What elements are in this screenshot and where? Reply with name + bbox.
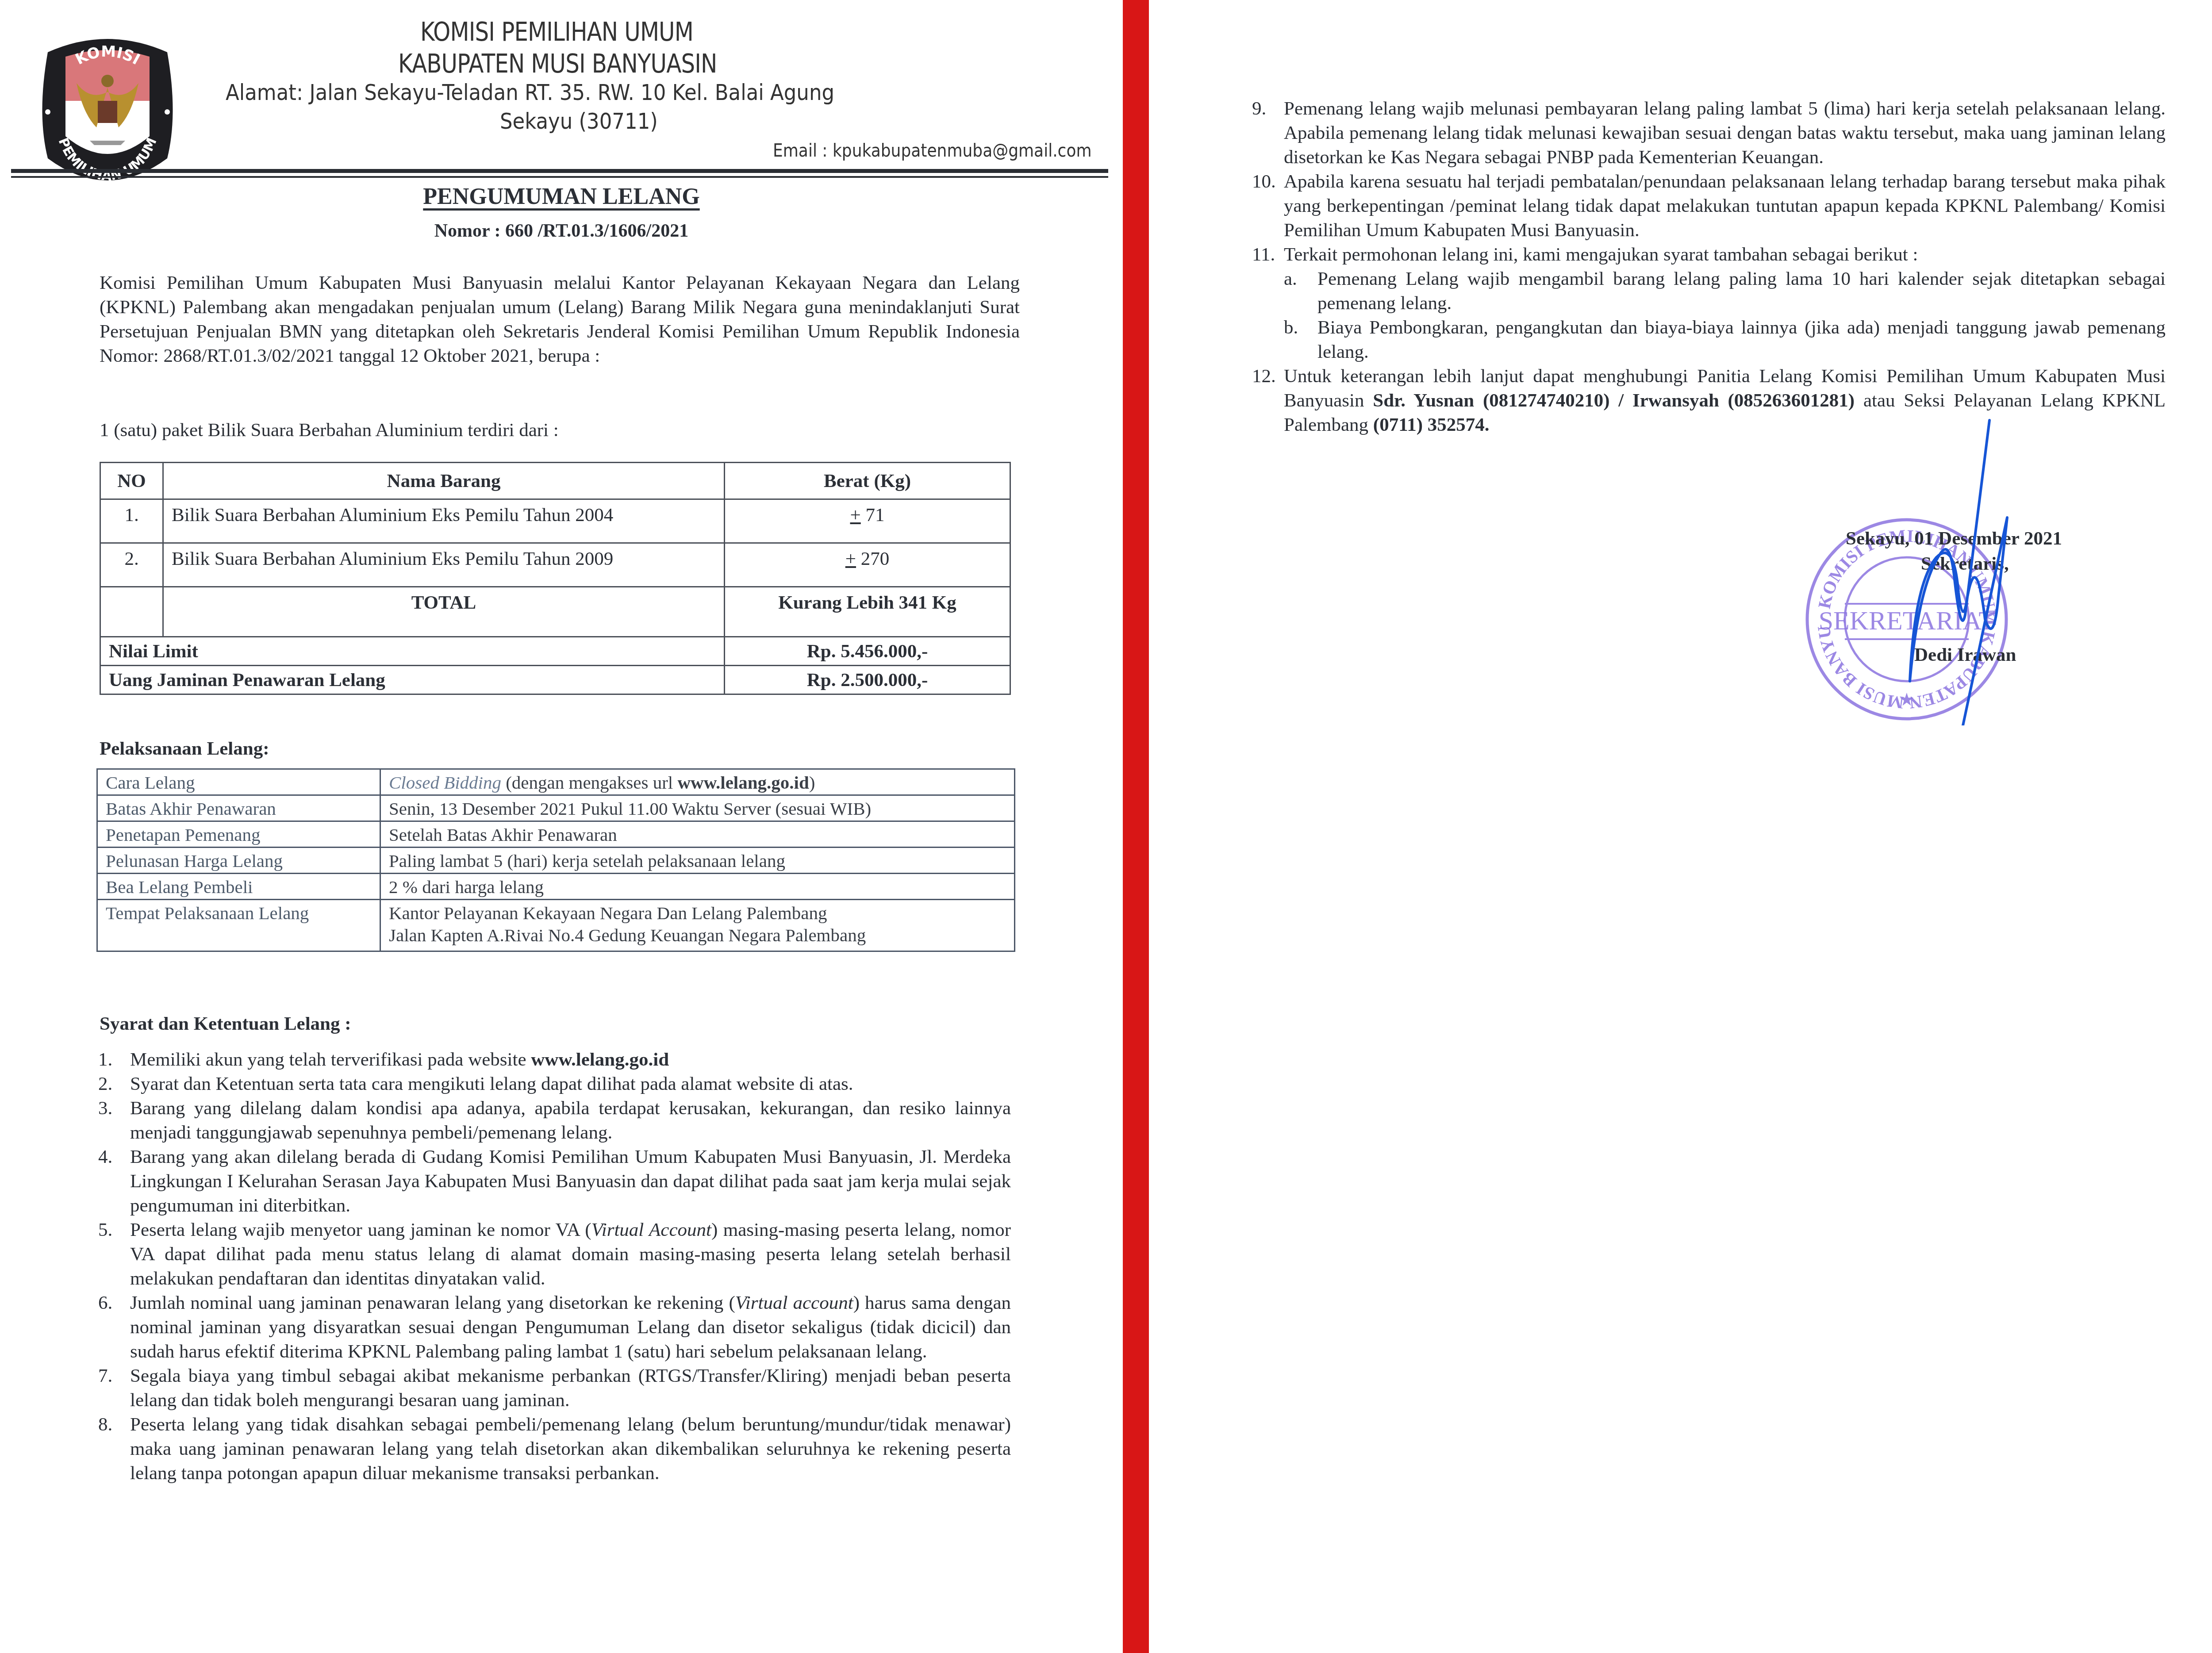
deposit-row: Uang Jaminan Penawaran Lelang Rp. 2.500.… (100, 666, 1010, 694)
terms-item-number: 6. (98, 1291, 112, 1315)
limit-row: Nilai Limit Rp. 5.456.000,- (100, 637, 1010, 666)
execution-label: Pelunasan Harga Lelang (97, 848, 380, 874)
terms-item-number: 10. (1252, 169, 1276, 194)
letterhead-rule-thin (11, 176, 1108, 178)
execution-label: Cara Lelang (97, 769, 380, 795)
terms-item-number: 5. (98, 1218, 112, 1242)
terms-item: 10.Apabila karena sesuatu hal terjadi pe… (1252, 169, 2166, 242)
document-number: Nomor : 660 /RT.01.3/1606/2021 (434, 221, 688, 241)
row-weight: + 270 (725, 543, 1010, 587)
letterhead-title-line2: KABUPATEN MUSI BANYUASIN (398, 49, 717, 79)
table-header-row: NO Nama Barang Berat (Kg) (100, 463, 1010, 499)
execution-row: Cara Lelang Closed Bidding (dengan menga… (97, 769, 1015, 795)
execution-value-line2: Jalan Kapten A.Rivai No.4 Gedung Keuanga… (389, 924, 1006, 946)
header-name: Nama Barang (163, 463, 725, 499)
total-label: TOTAL (163, 587, 725, 637)
execution-row: Penetapan Pemenang Setelah Batas Akhir P… (97, 821, 1015, 848)
terms-item: 3.Barang yang dilelang dalam kondisi apa… (98, 1096, 1011, 1145)
row-item-name: Bilik Suara Berbahan Aluminium Eks Pemil… (163, 543, 725, 587)
execution-label: Batas Akhir Penawaran (97, 795, 380, 821)
execution-label: Tempat Pelaksanaan Lelang (97, 900, 380, 951)
terms-subitem: a.Pemenang Lelang wajib mengambil barang… (1284, 267, 2166, 315)
execution-row: Bea Lelang Pembeli 2 % dari harga lelang (97, 874, 1015, 900)
execution-row: Tempat Pelaksanaan Lelang Kantor Pelayan… (97, 900, 1015, 951)
total-value: Kurang Lebih 341 Kg (725, 587, 1010, 637)
terms-list-left: 1.Memiliki akun yang telah terverifikasi… (98, 1047, 1011, 1485)
terms-item-text: Barang yang dilelang dalam kondisi apa a… (130, 1098, 1011, 1143)
limit-label: Nilai Limit (100, 637, 725, 666)
terms-heading: Syarat dan Ketentuan Lelang : (100, 1013, 351, 1035)
terms-sublist: a.Pemenang Lelang wajib mengambil barang… (1284, 267, 2166, 364)
execution-value-end: ) (809, 772, 815, 793)
row-no: 2. (100, 543, 163, 587)
plus-minus-icon: + (850, 505, 860, 525)
terms-item-number: 1. (98, 1047, 112, 1072)
execution-value: Closed Bidding (dengan mengakses url www… (380, 769, 1015, 795)
deposit-value: Rp. 2.500.000,- (725, 666, 1010, 694)
page-left: KOMISI PEMILIHAN UMUM KOMISI PEMILIHAN U… (0, 0, 1123, 1653)
terms-item-text: Jumlah nominal uang jaminan penawaran le… (130, 1292, 735, 1313)
total-empty-cell (100, 587, 163, 637)
terms-item: 2.Syarat dan Ketentuan serta tata cara m… (98, 1072, 1011, 1096)
letterhead-rule-thick (11, 169, 1108, 173)
header-weight: Berat (Kg) (725, 463, 1010, 499)
terms-item: 11.Terkait permohonan lelang ini, kami m… (1252, 242, 2166, 364)
items-table: NO Nama Barang Berat (Kg) 1. Bilik Suara… (100, 462, 1011, 695)
intro-paragraph: Komisi Pemilihan Umum Kabupaten Musi Ban… (100, 271, 1020, 368)
execution-value-line1: Kantor Pelayanan Kekayaan Negara Dan Lel… (389, 902, 1006, 924)
lelang-url-link[interactable]: www.lelang.go.id (677, 772, 809, 793)
terms-subitem-text: Pemenang Lelang wajib mengambil barang l… (1317, 268, 2166, 314)
total-row: TOTAL Kurang Lebih 341 Kg (100, 587, 1010, 637)
table-row: 2. Bilik Suara Berbahan Aluminium Eks Pe… (100, 543, 1010, 587)
terms-item-text: Peserta lelang wajib menyetor uang jamin… (130, 1220, 591, 1240)
terms-item-number: 12. (1252, 364, 1276, 388)
package-line: 1 (satu) paket Bilik Suara Berbahan Alum… (100, 418, 1020, 442)
terms-item-number: 8. (98, 1412, 112, 1437)
limit-value: Rp. 5.456.000,- (725, 637, 1010, 666)
terms-item-italic: Virtual account (735, 1292, 853, 1313)
terms-subitem-text: Biaya Pembongkaran, pengangkutan dan bia… (1317, 317, 2166, 362)
closed-bidding-text: Closed Bidding (389, 772, 501, 793)
row-item-name: Bilik Suara Berbahan Aluminium Eks Pemil… (163, 499, 725, 543)
letterhead-city: Sekayu (30711) (500, 108, 658, 134)
execution-value: 2 % dari harga lelang (380, 874, 1015, 900)
terms-item: 9.Pemenang lelang wajib melunasi pembaya… (1252, 96, 2166, 169)
header-no: NO (100, 463, 163, 499)
execution-label: Bea Lelang Pembeli (97, 874, 380, 900)
terms-item: 7.Segala biaya yang timbul sebagai akiba… (98, 1364, 1011, 1412)
letterhead-title-line1: KOMISI PEMILIHAN UMUM (420, 17, 693, 47)
terms-item-number: 2. (98, 1072, 112, 1096)
execution-value: Kantor Pelayanan Kekayaan Negara Dan Lel… (380, 900, 1015, 951)
terms-item: 4.Barang yang akan dilelang berada di Gu… (98, 1145, 1011, 1218)
terms-item-text: Pemenang lelang wajib melunasi pembayara… (1284, 98, 2166, 168)
terms-item-number: 7. (98, 1364, 112, 1388)
document-title: PENGUMUMAN LELANG (423, 184, 699, 209)
terms-item-text: Peserta lelang yang tidak disahkan sebag… (130, 1414, 1011, 1484)
terms-item-number: 9. (1252, 96, 1266, 121)
terms-item-text: Segala biaya yang timbul sebagai akibat … (130, 1365, 1011, 1411)
weight-value: 270 (856, 548, 889, 569)
execution-value: Senin, 13 Desember 2021 Pukul 11.00 Wakt… (380, 795, 1015, 821)
execution-value: Setelah Batas Akhir Penawaran (380, 821, 1015, 848)
letterhead-email: Email : kpukabupatenmuba@gmail.com (773, 141, 1092, 161)
terms-item-number: 3. (98, 1096, 112, 1120)
letterhead-address: Alamat: Jalan Sekayu-Teladan RT. 35. RW.… (226, 80, 834, 105)
execution-row: Pelunasan Harga Lelang Paling lambat 5 (… (97, 848, 1015, 874)
terms-subitem-letter: b. (1284, 315, 1298, 340)
execution-table: Cara Lelang Closed Bidding (dengan menga… (96, 768, 1015, 952)
terms-item-text: Apabila karena sesuatu hal terjadi pemba… (1284, 171, 2166, 241)
terms-item-text: Barang yang akan dilelang berada di Guda… (130, 1147, 1011, 1216)
terms-item-number: 4. (98, 1145, 112, 1169)
terms-item-text: Terkait permohonan lelang ini, kami meng… (1284, 244, 1918, 265)
terms-item-number: 11. (1252, 242, 1275, 267)
execution-heading: Pelaksanaan Lelang: (100, 738, 269, 759)
terms-item: 1.Memiliki akun yang telah terverifikasi… (98, 1047, 1011, 1072)
table-row: 1. Bilik Suara Berbahan Aluminium Eks Pe… (100, 499, 1010, 543)
terms-item: 8.Peserta lelang yang tidak disahkan seb… (98, 1412, 1011, 1485)
execution-value: Paling lambat 5 (hari) kerja setelah pel… (380, 848, 1015, 874)
terms-subitem: b.Biaya Pembongkaran, pengangkutan dan b… (1284, 315, 2166, 364)
execution-label: Penetapan Pemenang (97, 821, 380, 848)
handwritten-signature-icon (1883, 407, 2043, 725)
row-no: 1. (100, 499, 163, 543)
deposit-label: Uang Jaminan Penawaran Lelang (100, 666, 725, 694)
page-right: 9.Pemenang lelang wajib melunasi pembaya… (1149, 0, 2212, 1653)
row-weight: + 71 (725, 499, 1010, 543)
execution-value-text: (dengan mengakses url (501, 772, 678, 793)
terms-item-text: Memiliki akun yang telah terverifikasi p… (130, 1049, 531, 1070)
plus-minus-icon: + (845, 548, 856, 569)
contact-persons: Sdr. Yusnan (081274740210) / Irwansyah (… (1373, 390, 1855, 411)
terms-item: 6.Jumlah nominal uang jaminan penawaran … (98, 1291, 1011, 1364)
kpknl-phone: (0711) 352574. (1373, 414, 1490, 435)
terms-list-right: 9.Pemenang lelang wajib melunasi pembaya… (1252, 96, 2166, 437)
execution-row: Batas Akhir Penawaran Senin, 13 Desember… (97, 795, 1015, 821)
lelang-url-link[interactable]: www.lelang.go.id (531, 1049, 669, 1070)
terms-subitem-letter: a. (1284, 267, 1297, 291)
weight-value: 71 (861, 505, 885, 525)
terms-item-italic: Virtual Account (591, 1220, 711, 1240)
page-divider (1123, 0, 1149, 1653)
terms-item-text: Syarat dan Ketentuan serta tata cara men… (130, 1074, 853, 1094)
terms-item: 5.Peserta lelang wajib menyetor uang jam… (98, 1218, 1011, 1291)
